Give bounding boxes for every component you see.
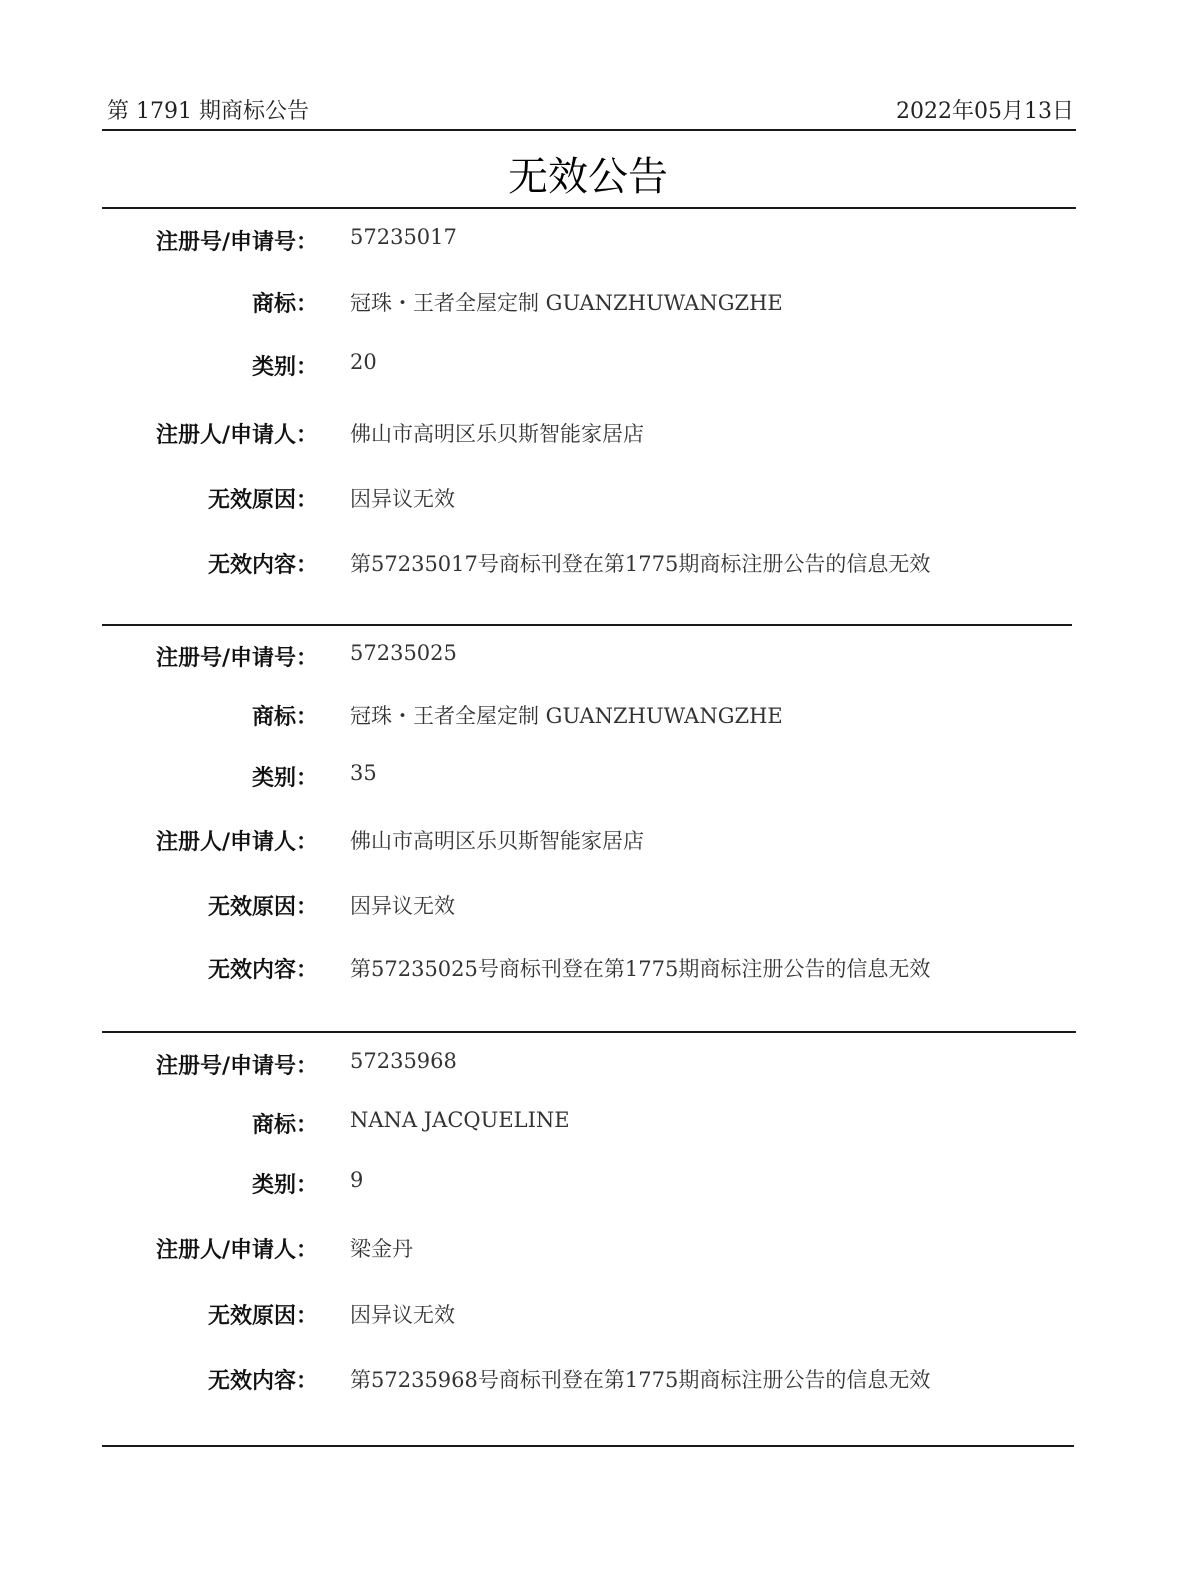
reg-no-row: 注册号/申请号： 57235017 bbox=[0, 225, 1190, 257]
mark-label: 商标： bbox=[252, 287, 318, 318]
header-divider bbox=[102, 129, 1076, 131]
page-title: 无效公告 bbox=[0, 145, 1176, 202]
content-label: 无效内容： bbox=[208, 1364, 318, 1395]
class-row: 类别： 9 bbox=[0, 1168, 1190, 1200]
class-value: 9 bbox=[350, 1168, 363, 1192]
reason-value: 因异议无效 bbox=[350, 483, 455, 513]
reg-no-row: 注册号/申请号： 57235968 bbox=[0, 1049, 1190, 1081]
mark-row: 商标： 冠珠・王者全屋定制 GUANZHUWANGZHE bbox=[0, 287, 1190, 319]
reason-row: 无效原因： 因异议无效 bbox=[0, 890, 1190, 922]
mark-label: 商标： bbox=[252, 1108, 318, 1139]
registrant-row: 注册人/申请人： 佛山市高明区乐贝斯智能家居店 bbox=[0, 825, 1190, 857]
registrant-label: 注册人/申请人： bbox=[156, 418, 318, 449]
mark-label: 商标： bbox=[252, 700, 318, 731]
reason-row: 无效原因： 因异议无效 bbox=[0, 1299, 1190, 1331]
reg-no-label: 注册号/申请号： bbox=[156, 225, 318, 256]
registrant-value: 佛山市高明区乐贝斯智能家居店 bbox=[350, 825, 644, 855]
content-label: 无效内容： bbox=[208, 953, 318, 984]
reason-row: 无效原因： 因异议无效 bbox=[0, 483, 1190, 515]
content-value: 第57235968号商标刊登在第1775期商标注册公告的信息无效 bbox=[350, 1364, 930, 1394]
issue-number: 第 1791 期商标公告 bbox=[107, 94, 309, 125]
class-label: 类别： bbox=[252, 761, 318, 792]
reg-no-value: 57235968 bbox=[350, 1049, 457, 1073]
class-row: 类别： 20 bbox=[0, 350, 1190, 382]
registrant-value: 佛山市高明区乐贝斯智能家居店 bbox=[350, 418, 644, 448]
content-row: 无效内容： 第57235968号商标刊登在第1775期商标注册公告的信息无效 bbox=[0, 1364, 1190, 1396]
reg-no-value: 57235017 bbox=[350, 225, 457, 249]
class-value: 35 bbox=[350, 761, 377, 785]
reg-no-label: 注册号/申请号： bbox=[156, 1049, 318, 1080]
class-value: 20 bbox=[350, 350, 377, 374]
registrant-row: 注册人/申请人： 佛山市高明区乐贝斯智能家居店 bbox=[0, 418, 1190, 450]
content-value: 第57235017号商标刊登在第1775期商标注册公告的信息无效 bbox=[350, 548, 930, 578]
content-row: 无效内容： 第57235017号商标刊登在第1775期商标注册公告的信息无效 bbox=[0, 548, 1190, 580]
entry-divider bbox=[102, 624, 1072, 626]
reg-no-row: 注册号/申请号： 57235025 bbox=[0, 641, 1190, 673]
reason-label: 无效原因： bbox=[208, 483, 318, 514]
reason-label: 无效原因： bbox=[208, 890, 318, 921]
entry-divider bbox=[102, 1445, 1074, 1447]
mark-value: NANA JACQUELINE bbox=[350, 1108, 570, 1132]
class-row: 类别： 35 bbox=[0, 761, 1190, 793]
reg-no-label: 注册号/申请号： bbox=[156, 641, 318, 672]
reason-value: 因异议无效 bbox=[350, 890, 455, 920]
reason-label: 无效原因： bbox=[208, 1299, 318, 1330]
registrant-label: 注册人/申请人： bbox=[156, 825, 318, 856]
entry-divider bbox=[102, 1031, 1076, 1033]
reason-value: 因异议无效 bbox=[350, 1299, 455, 1329]
mark-row: 商标： NANA JACQUELINE bbox=[0, 1108, 1190, 1140]
publication-date: 2022年05月13日 bbox=[896, 94, 1074, 125]
title-divider bbox=[102, 207, 1076, 209]
class-label: 类别： bbox=[252, 1168, 318, 1199]
mark-value: 冠珠・王者全屋定制 GUANZHUWANGZHE bbox=[350, 287, 783, 317]
content-label: 无效内容： bbox=[208, 548, 318, 579]
content-value: 第57235025号商标刊登在第1775期商标注册公告的信息无效 bbox=[350, 953, 930, 983]
reg-no-value: 57235025 bbox=[350, 641, 457, 665]
content-row: 无效内容： 第57235025号商标刊登在第1775期商标注册公告的信息无效 bbox=[0, 953, 1190, 985]
class-label: 类别： bbox=[252, 350, 318, 381]
registrant-row: 注册人/申请人： 梁金丹 bbox=[0, 1233, 1190, 1265]
mark-row: 商标： 冠珠・王者全屋定制 GUANZHUWANGZHE bbox=[0, 700, 1190, 732]
registrant-label: 注册人/申请人： bbox=[156, 1233, 318, 1264]
registrant-value: 梁金丹 bbox=[350, 1233, 413, 1263]
mark-value: 冠珠・王者全屋定制 GUANZHUWANGZHE bbox=[350, 700, 783, 730]
